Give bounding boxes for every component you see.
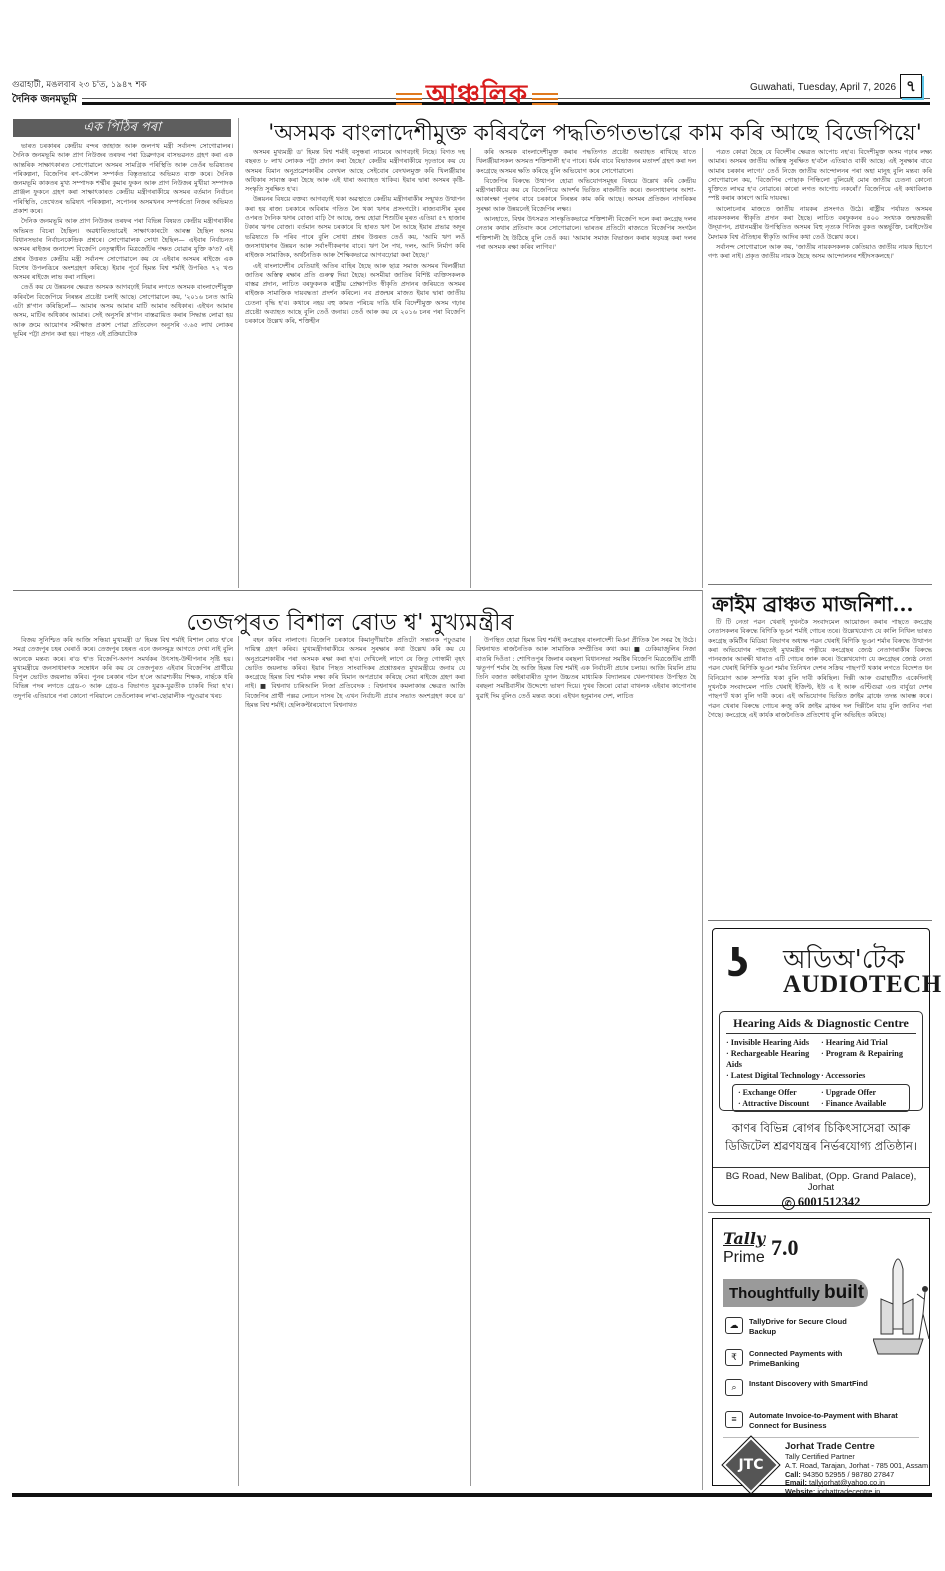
story-divider: [13, 590, 703, 591]
phone-icon: ✆: [782, 1197, 795, 1210]
audiotech-address: BG Road, New Balibat, (Opp. Grand Palace…: [713, 1171, 929, 1193]
column-divider: [238, 118, 239, 588]
service-item: · Hearing Aid Trial: [821, 1037, 916, 1048]
paragraph: বহন কৰিব নালাগে। বিজেপি চৰকাৰে কিমানুগীয…: [245, 636, 465, 710]
page-bottom-rule: [12, 1493, 932, 1497]
offer-item: · Exchange Offer: [738, 1087, 821, 1098]
paragraph: এই বাংলাদেশীৰ যেতিয়াই অতিৰ বাহিৰ হৈছে আ…: [245, 262, 465, 327]
ear-icon: ʖ: [727, 941, 749, 985]
masthead: গুৱাহাটী, মঙলবাৰ ২৩ চ'ত, ১৯৪৭ শক দৈনিক জ…: [12, 78, 930, 116]
cloud-icon: ☁: [725, 1317, 743, 1334]
tagline-line: কাণৰ বিভিন্ন ৰোগৰ চিকিৎসাসেৱা আৰু: [713, 1119, 929, 1137]
paragraph: আনহাতে, বিশ্বৰ উৎসৱত সাংস্কৃতিকভাৱে শক্ত…: [476, 215, 696, 252]
rocket-illustration: [873, 1249, 933, 1359]
column-divider: [470, 148, 471, 588]
audiotech-contact: BG Road, New Balibat, (Opp. Grand Palace…: [713, 1167, 929, 1210]
column-divider: [470, 636, 471, 1486]
story2-column-2: বহন কৰিব নালাগে। বিজেপি চৰকাৰে কিমানুগীয…: [245, 636, 465, 1486]
tally-feature: ☁TallyDrive for Secure Cloud Backup: [723, 1317, 873, 1336]
decor-bars-left: [396, 93, 422, 105]
paragraph: অসমৰ মুখ্যমন্ত্ৰী ড' হিমন্ত বিশ্ব শৰ্মাই…: [245, 148, 465, 194]
service-item: · Rechargeable Hearing Aids: [726, 1048, 821, 1070]
section-title: আঞ্চলিক: [426, 80, 528, 110]
paper-name: দৈনিক জনমভূমি: [12, 92, 77, 109]
story1-column-1: ভাৰত চৰকাৰৰ কেন্দ্ৰীয় বন্দৰ জাহাজ আৰু জ…: [13, 142, 233, 582]
bank-icon: ₹: [725, 1349, 743, 1366]
service-item: · Program & Repairing: [821, 1048, 916, 1070]
decor-bars-right: [532, 93, 558, 105]
assamese-date: গুৱাহাটী, মঙলবাৰ ২৩ চ'ত, ১৯৪৭ শক: [12, 78, 147, 92]
services-panel: Hearing Aids & Diagnostic Centre · Invis…: [719, 1011, 923, 1111]
continued-banner: এক পিঠিৰ পৰা: [13, 119, 231, 137]
paragraph: দৈনিক জনমভূমি আৰু প্ৰাগ নিউজৰ তৰফৰ পৰা ব…: [13, 217, 233, 282]
paragraph: উপস্থিত হোৱা হিমন্ত বিশ্ব শৰ্মাই কংগ্ৰেছ…: [476, 636, 696, 701]
service-item: · Invisible Hearing Aids: [726, 1037, 821, 1048]
paragraph: বিজয় সুনিশ্চিত কৰি আজি সন্ধিয়া মুখ্যমন…: [13, 636, 233, 701]
paragraph: ভাৰত চৰকাৰৰ কেন্দ্ৰীয় বন্দৰ জাহাজ আৰু জ…: [13, 142, 233, 216]
paragraph: পত্ৰত কোৱা হৈছে যে বিদেশীৰ ক্ষেত্ৰত আপোচ…: [708, 148, 932, 204]
invoice-icon: ≡: [725, 1411, 743, 1428]
story1-column-3: কৰি অসমক বাংলাদেশীমুক্ত কৰাৰ পদ্ধতিগত প্…: [476, 148, 696, 582]
paragraph: সৰ্বানন্দ সোণোৱালে আৰু কয়, 'জাতীয় নায়…: [708, 243, 932, 262]
story1-column-2: অসমৰ মুখ্যমন্ত্ৰী ড' হিমন্ত বিশ্ব শৰ্মাই…: [245, 148, 465, 582]
paragraph: আলোচনাৰ মাজতে জাতীয় নায়কৰ প্ৰসংগও উঠে।…: [708, 205, 932, 242]
offer-item: · Upgrade Offer: [821, 1087, 904, 1098]
english-date: Guwahati, Tuesday, April 7, 2026: [750, 82, 896, 93]
tally-product: Prime: [723, 1249, 765, 1267]
paragraph: তেওঁ কয় যে উন্নয়নৰ ক্ষেত্ৰত অসমক আগবঢ়…: [13, 283, 233, 339]
audiotech-advert[interactable]: ʖ অডিঅ'টেক AUDIOTECH Hearing Aids & Diag…: [712, 928, 930, 1206]
offer-item: · Attractive Discount: [738, 1098, 821, 1109]
audiotech-brand: AUDIOTECH: [783, 971, 942, 999]
column-divider: [238, 636, 239, 1486]
paragraph: কৰি অসমক বাংলাদেশীমুক্ত কৰাৰ পদ্ধতিগত প্…: [476, 148, 696, 176]
service-item: · Latest Digital Technology: [726, 1070, 821, 1081]
partner-details: Jorhat Trade Centre Tally Certified Part…: [785, 1441, 928, 1497]
paragraph: উন্নয়নৰ বিষয়ে বক্তব্য আগবঢ়াই থকা অৱস্…: [245, 195, 465, 260]
audiotech-tagline: কাণৰ বিভিন্ন ৰোগৰ চিকিৎসাসেৱা আৰু ডিজিটে…: [713, 1119, 929, 1155]
story3-column: টি টি নেতা পৱন খেৰাই দুখনকৈ সংবাদমেল আয়…: [708, 618, 932, 916]
tally-version: 7.0: [771, 1235, 799, 1261]
services-list: · Invisible Hearing Aids · Hearing Aid T…: [726, 1037, 916, 1081]
tally-feature: ₹Connected Payments with PrimeBanking: [723, 1349, 873, 1368]
column-divider: [702, 148, 703, 588]
tally-logo: Tally: [723, 1229, 765, 1248]
search-icon: ⌕: [725, 1379, 743, 1396]
tally-feature: ≡Automate Invoice-to-Payment with Bharat…: [723, 1411, 913, 1430]
paragraph: টি টি নেতা পৱন খেৰাই দুখনকৈ সংবাদমেল আয়…: [708, 618, 932, 720]
ad-divider: [708, 1212, 932, 1213]
story-divider: [708, 584, 932, 585]
paragraph: বিজেপিৰ বিৰুদ্ধে উত্থাপন হোৱা অভিযোগসমূহ…: [476, 177, 696, 214]
section-logo: আঞ্চলিক: [377, 74, 577, 118]
tally-feature: ⌕Instant Discovery with SmartFind: [723, 1379, 873, 1389]
page-number: ৭: [900, 74, 922, 98]
audiotech-subtitle: Hearing Aids & Diagnostic Centre: [726, 1016, 916, 1034]
story1-column-4: পত্ৰত কোৱা হৈছে যে বিদেশীৰ ক্ষেত্ৰত আপোচ…: [708, 148, 932, 582]
column-divider: [702, 590, 703, 1490]
audiotech-phone[interactable]: ✆ 6001512342: [713, 1195, 929, 1210]
service-item: · Accessories: [821, 1070, 916, 1081]
offer-item: · Finance Available: [821, 1098, 904, 1109]
jtc-logo: JTC: [723, 1437, 780, 1494]
story2-column-1: বিজয় সুনিশ্চিত কৰি আজি সন্ধিয়া মুখ্যমন…: [13, 636, 233, 1486]
tally-advert[interactable]: Tally Prime 7.0 Thoughtfully built ☁Tall…: [712, 1218, 930, 1486]
tally-slogan: Thoughtfully built: [723, 1279, 868, 1307]
ad-divider: [708, 920, 932, 921]
story2-column-3: উপস্থিত হোৱা হিমন্ত বিশ্ব শৰ্মাই কংগ্ৰেছ…: [476, 636, 696, 1486]
tagline-line: ডিজিটেল শ্ৰৱণযন্ত্ৰৰ নিৰ্ভৰযোগ্য প্ৰতিষ্…: [713, 1137, 929, 1155]
offers-list: · Exchange Offer · Upgrade Offer · Attra…: [732, 1084, 910, 1112]
